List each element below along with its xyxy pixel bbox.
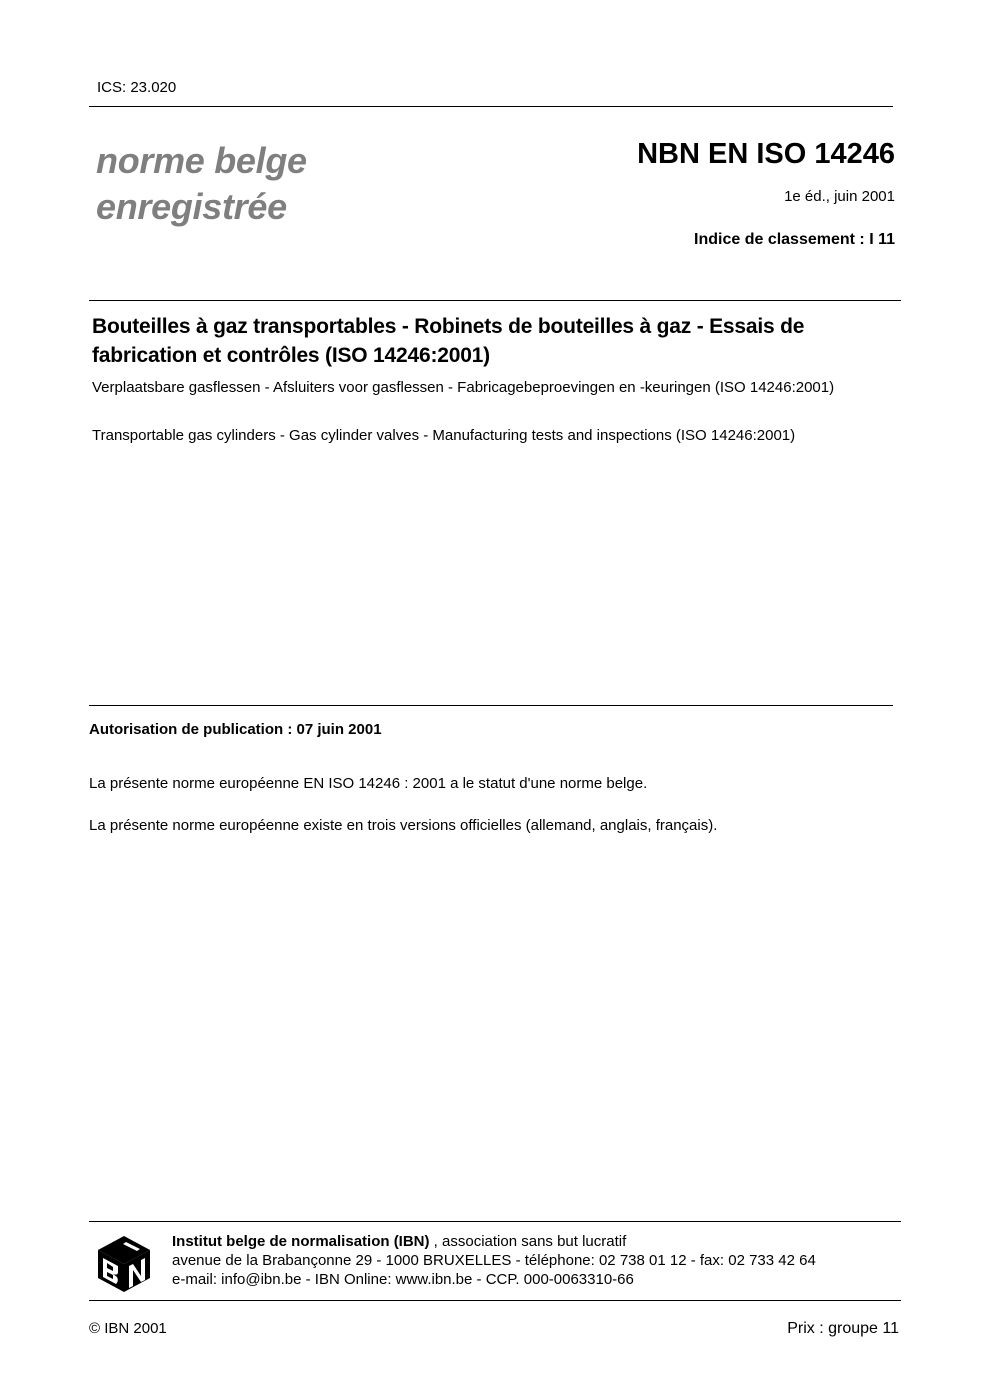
title-dutch: Verplaatsbare gasflessen - Afsluiters vo… (92, 378, 872, 398)
top-rule (89, 106, 893, 107)
footer-bottom-rule (89, 1300, 901, 1301)
title-rule (89, 300, 901, 301)
institute-address: avenue de la Brabançonne 29 - 1000 BRUXE… (172, 1251, 816, 1270)
title-english: Transportable gas cylinders - Gas cylind… (92, 426, 892, 446)
title-french: Bouteilles à gaz transportables - Robine… (92, 312, 892, 370)
brand-line-2: enregistrée (96, 184, 307, 230)
brand-title: norme belge enregistrée (96, 138, 307, 230)
status-paragraph: La présente norme européenne EN ISO 1424… (89, 775, 647, 792)
publication-rule (89, 705, 893, 706)
institute-contact: e-mail: info@ibn.be - IBN Online: www.ib… (172, 1270, 816, 1289)
institute-suffix: , association sans but lucratif (430, 1233, 627, 1250)
versions-paragraph: La présente norme européenne existe en t… (89, 817, 717, 834)
institute-name: Institut belge de normalisation (IBN) (172, 1233, 430, 1250)
classement-index: Indice de classement : I 11 (694, 231, 895, 249)
publication-authorisation: Autorisation de publication : 07 juin 20… (89, 721, 382, 738)
footer-top-rule (89, 1221, 901, 1222)
ibn-cube-logo-icon (96, 1234, 152, 1294)
edition: 1e éd., juin 2001 (784, 188, 895, 205)
standard-number: NBN EN ISO 14246 (637, 138, 895, 171)
institute-line: Institut belge de normalisation (IBN) , … (172, 1232, 816, 1251)
footer-institute-info: Institut belge de normalisation (IBN) , … (172, 1232, 816, 1289)
ics-code: ICS: 23.020 (97, 79, 176, 96)
copyright: © IBN 2001 (89, 1320, 167, 1337)
brand-line-1: norme belge (96, 138, 307, 184)
price-group: Prix : groupe 11 (787, 1320, 899, 1338)
